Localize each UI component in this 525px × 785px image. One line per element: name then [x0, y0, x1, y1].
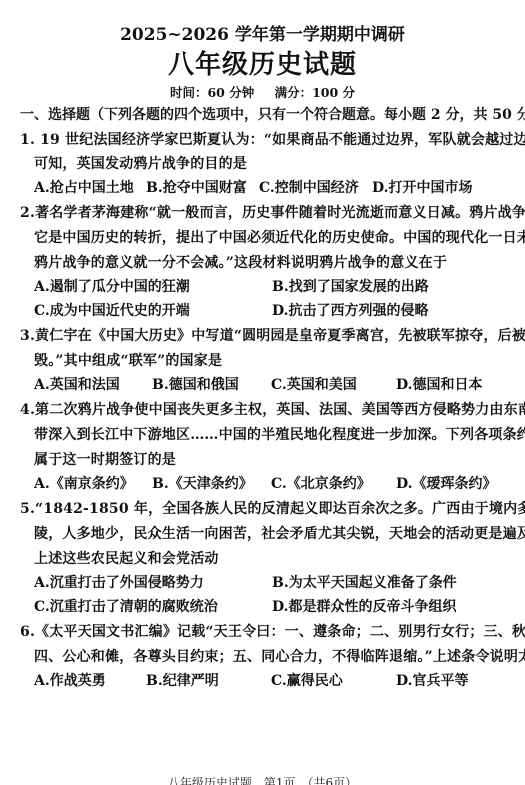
- option-b: B.抢夺中国财富: [146, 177, 247, 197]
- question-line: 可知，英国发动鸦片战争的目的是: [34, 153, 247, 173]
- option-a: A.沉重打击了外国侵略势力: [34, 572, 204, 592]
- option-b: B.纪律严明: [146, 670, 219, 690]
- option-c: C.英国和美国: [271, 374, 357, 394]
- option-a: A.英国和法国: [34, 374, 120, 394]
- option-d: D.都是群众性的反帝斗争组织: [272, 596, 457, 616]
- option-c: C.成为中国近代史的开端: [34, 300, 190, 320]
- option-b: B.为太平天国起义准备了条件: [272, 572, 457, 592]
- question-line: 鸦片战争的意义就一分不会减。”这段材料说明鸦片战争的意义在于: [34, 252, 447, 272]
- question-line: 2.著名学者茅海建称“就一般而言，历史事件随着时光流逝而意义日减。鸦片战争则不然…: [20, 202, 525, 222]
- exam-meta: 时间：60 分钟 满分：100 分: [0, 83, 525, 101]
- option-a: A.遏制了瓜分中国的狂潮: [34, 276, 190, 296]
- question-line: 1. 19 世纪法国经济学家巴斯夏认为：“如果商品不能通过边界，军队就会越过边界…: [20, 129, 525, 149]
- option-c: C.控制中国经济: [259, 177, 359, 197]
- option-a: A.抢占中国土地: [34, 177, 134, 197]
- option-d: D.《瑷珲条约》: [396, 473, 497, 493]
- option-c: C.沉重打击了清朝的腐败统治: [34, 596, 218, 616]
- option-b: B.德国和俄国: [152, 374, 239, 394]
- question-line: 四、公心和傩，各尊头目约束；五、同心合力，不得临阵退缩。”上述条令说明太平军: [34, 646, 525, 666]
- option-d: D.德国和日本: [396, 374, 483, 394]
- question-line: 5.“1842-1850 年，全国各族人民的反清起义即达百余次之多。广西由于境内…: [20, 498, 525, 518]
- option-c: C.《北京条约》: [271, 473, 371, 493]
- option-b: B.找到了国家发展的出路: [272, 276, 429, 296]
- question-line: 上述这些农民起义和会党活动: [34, 548, 219, 568]
- option-d: D.打开中国市场: [372, 177, 473, 197]
- question-line: 陵，人多地少，民众生活一向困苦，社会矛盾尤其尖锐，天地会的活动更是遍及全省”: [34, 523, 525, 543]
- question-line: 4.第二次鸦片战争使中国丧失更多主权，英国、法国、美国等西方侵略势力由东南沿海一: [20, 399, 525, 419]
- option-d: D.抗击了西方列强的侵略: [272, 300, 429, 320]
- question-line: 6.《太平天国文书汇编》记载“天王令曰：一、遵条命；二、别男行女行；三、秋毫莫犯…: [20, 621, 525, 641]
- question-line: 带深入到长江中下游地区……中国的半殖民地化程度进一步加深。下列各项条约，不: [34, 424, 525, 444]
- option-b: B.《天津条约》: [152, 473, 253, 493]
- option-c: C.赢得民心: [271, 670, 343, 690]
- option-a: A.作战英勇: [34, 670, 106, 690]
- option-a: A.《南京条约》: [34, 473, 134, 493]
- exam-time: 时间：60 分钟: [170, 85, 254, 100]
- option-d: D.官兵平等: [396, 670, 469, 690]
- exam-subject-title: 八年级历史试题: [0, 44, 525, 81]
- question-line: 它是中国历史的转折，提出了中国必须近代化的历史使命。中国的现代化一日未完成，: [34, 227, 525, 247]
- page-footer: 八年级历史试题 第1页 （共6页）: [0, 774, 525, 785]
- question-line: 属于这一时期签订的是: [34, 449, 176, 469]
- exam-term-title: 2025~2026 学年第一学期期中调研: [0, 20, 525, 45]
- question-line: 毁。”其中组成“联军”的国家是: [34, 350, 222, 370]
- exam-full-score: 满分：100 分: [275, 85, 355, 100]
- section-heading: 一、选择题（下列各题的四个选项中，只有一个符合题意。每小题 2 分，共 50 分…: [20, 104, 525, 124]
- question-line: 3.黄仁宇在《中国大历史》中写道“圆明园是皇帝夏季离宫，先被联军掠夺，后被下令焚: [20, 325, 525, 345]
